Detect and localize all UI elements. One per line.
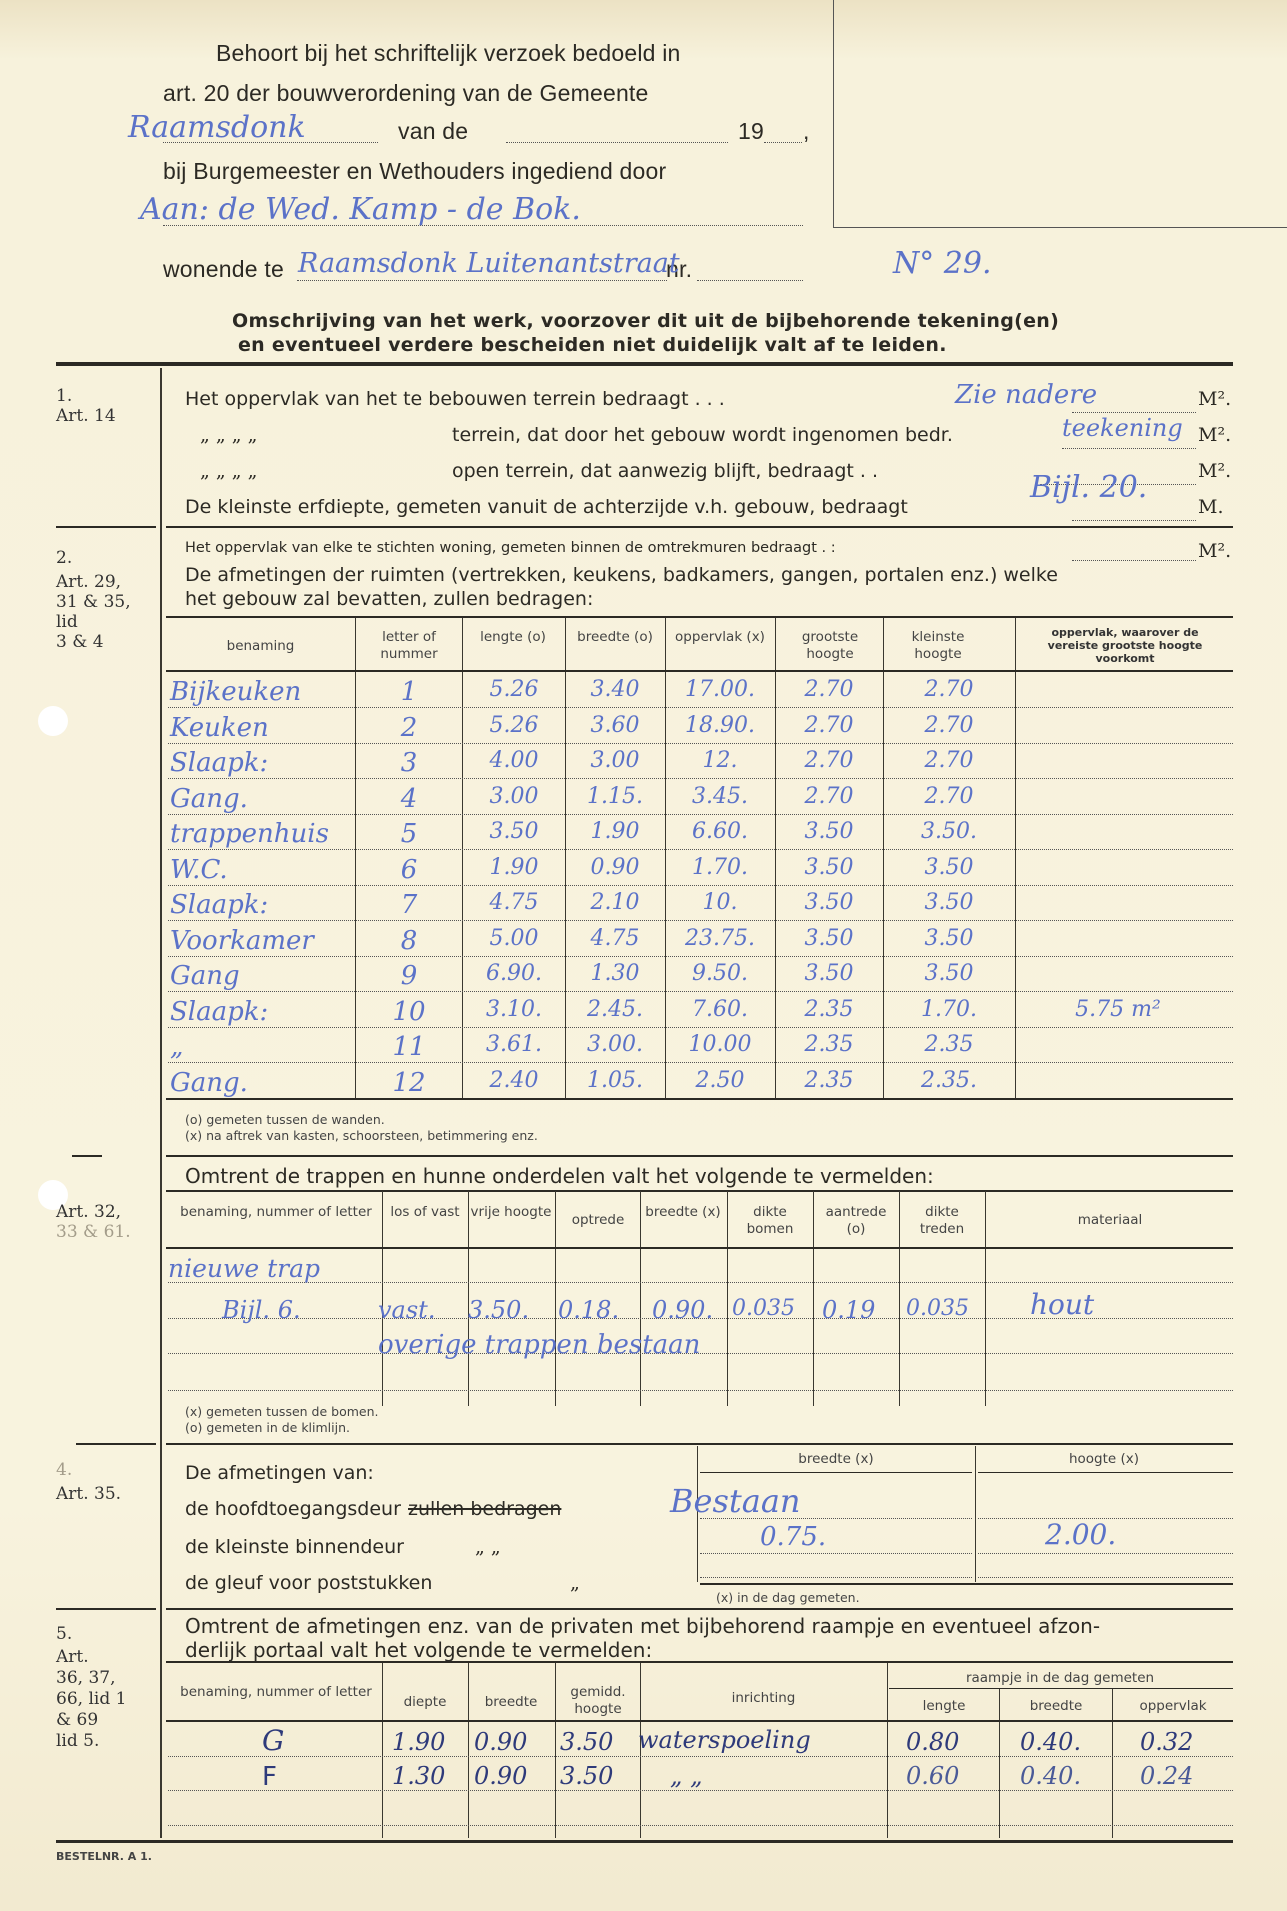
room-grootste: 3.50 xyxy=(778,926,880,951)
room-breedte: 2.10 xyxy=(568,890,662,915)
divider xyxy=(56,1608,156,1610)
header-line-4: bij Burgemeester en Wethouders ingediend… xyxy=(163,158,666,185)
room-breedte: 3.00 xyxy=(568,748,662,773)
privy-diepte: 1.30 xyxy=(392,1762,445,1790)
section4-label: 4. Art. 35. xyxy=(56,1460,121,1504)
privy-r-lengte: 0.80 xyxy=(906,1728,959,1756)
col-breedte: breedte (x) xyxy=(697,1451,975,1468)
s1-row2-value: teekening xyxy=(1062,414,1183,442)
room-lengte: 4.00 xyxy=(466,748,562,773)
col-dikte-treden: dikte treden xyxy=(901,1204,983,1238)
s1-row4-field[interactable] xyxy=(1072,520,1196,521)
col-grootste-hoogte: grootste hoogte xyxy=(792,629,868,663)
stair-benaming: nieuwe trap xyxy=(168,1254,320,1283)
room-grootste: 2.35 xyxy=(778,997,880,1022)
privy-breedte: 0.90 xyxy=(474,1762,527,1790)
footnote-x: (x) gemeten tussen de bomen. xyxy=(185,1404,378,1419)
col-lengte: lengte (o) xyxy=(470,629,556,646)
house-number-value: N° 29. xyxy=(893,246,992,281)
room-name: „ xyxy=(170,1032,350,1062)
description-heading-1: Omschrijving van het werk, voorzover dit… xyxy=(232,310,1059,332)
door-inner-hoogte-value: 2.00. xyxy=(1045,1518,1116,1551)
room-lengte: 5.00 xyxy=(466,926,562,951)
room-name: Slaapk: xyxy=(170,748,350,778)
room-oppervlak: 3.45. xyxy=(668,784,772,809)
footnote-o: (o) gemeten tussen de wanden. xyxy=(185,1112,385,1127)
privy-row-3[interactable] xyxy=(168,1825,1233,1826)
table-row[interactable] xyxy=(168,707,1233,708)
stair-optrede: 0.18. xyxy=(558,1296,619,1324)
header-rule xyxy=(166,670,1233,672)
room-nr: 8 xyxy=(362,926,456,956)
ditto-marks: „ „ xyxy=(475,1536,501,1558)
footnote-x: (x) in de dag gemeten. xyxy=(716,1590,860,1605)
divider xyxy=(166,1608,1233,1610)
rule xyxy=(166,1720,1233,1722)
room-grootste: 3.50 xyxy=(778,961,880,986)
rule xyxy=(166,1247,1233,1249)
s1-row3-text: open terrein, dat aanwezig blijft, bedra… xyxy=(452,460,878,482)
s5-heading-2: derlijk portaal valt het volgende te ver… xyxy=(185,1638,652,1662)
section5-label: 5. Art. 36, 37, 66, lid 1 & 69 lid 5. xyxy=(56,1624,126,1752)
room-grootste: 3.50 xyxy=(778,819,880,844)
table-row[interactable] xyxy=(168,814,1233,815)
room-grootste: 2.70 xyxy=(778,677,880,702)
room-breedte: 2.45. xyxy=(568,997,662,1022)
room-oppervlak: 2.50 xyxy=(668,1068,772,1093)
col-benaming: benaming, nummer of letter xyxy=(176,1204,376,1221)
unit-m2: M². xyxy=(1198,460,1231,482)
table-row[interactable] xyxy=(168,778,1233,779)
s1-row2-field[interactable] xyxy=(1062,448,1196,449)
table-row[interactable] xyxy=(168,956,1233,957)
privy-diepte: 1.90 xyxy=(392,1728,445,1756)
table-bottom-rule xyxy=(166,1098,1233,1100)
rule xyxy=(166,1661,1233,1663)
year-field[interactable] xyxy=(764,142,802,143)
table-row[interactable] xyxy=(168,1062,1233,1063)
room-kleinste: 2.70 xyxy=(886,748,1012,773)
room-breedte: 1.15. xyxy=(568,784,662,809)
table-row[interactable] xyxy=(168,920,1233,921)
col-r-oppervlak: oppervlak xyxy=(1113,1698,1233,1715)
door-inner-breedte-value: 0.75. xyxy=(760,1522,826,1552)
privy-row-1[interactable] xyxy=(168,1756,1233,1757)
room-oppervlak: 1.70. xyxy=(668,855,772,880)
room-name: Keuken xyxy=(170,713,350,743)
stairs-row-1[interactable] xyxy=(168,1282,1233,1283)
stair-los: vast. xyxy=(378,1296,435,1324)
room-name: W.C. xyxy=(170,855,350,885)
ditto-marks: „ „ „ „ xyxy=(200,424,258,446)
stair-aantrede: 0.19 xyxy=(822,1296,875,1324)
rule xyxy=(700,1583,1233,1585)
col-r-breedte: breedte xyxy=(1000,1698,1112,1715)
room-oppervlak: 7.60. xyxy=(668,997,772,1022)
s2-intro-line3: het gebouw zal bevatten, zullen bedragen… xyxy=(185,588,593,610)
col-hoogte: hoogte (x) xyxy=(975,1451,1233,1468)
room-lengte: 4.75 xyxy=(466,890,562,915)
col-dikte-bomen: dikte bomen xyxy=(729,1204,811,1238)
room-lengte: 3.10. xyxy=(466,997,562,1022)
col-oppervlak: oppervlak (x) xyxy=(672,629,768,646)
footnote-o: (o) gemeten in de klimlijn. xyxy=(185,1420,350,1435)
room-name: Bijkeuken xyxy=(170,677,350,707)
divider xyxy=(56,362,1233,366)
s2-intro-small: Het oppervlak van elke te stichten wonin… xyxy=(185,540,836,556)
room-lengte: 6.90. xyxy=(466,961,562,986)
punch-hole xyxy=(38,706,68,736)
room-nr: 5 xyxy=(362,819,456,849)
col-materiaal: materiaal xyxy=(987,1212,1233,1229)
nr-field[interactable] xyxy=(697,280,803,281)
rule xyxy=(889,1688,1233,1689)
bottom-rule xyxy=(56,1840,1233,1843)
s2-intro-field[interactable] xyxy=(1072,560,1196,561)
table-top-rule xyxy=(166,616,1233,618)
room-name: trappenhuis xyxy=(170,819,350,849)
room-nr: 4 xyxy=(362,784,456,814)
rule xyxy=(978,1472,1233,1473)
s1-row4-text: De kleinste erfdiepte, gemeten vanuit de… xyxy=(185,496,908,518)
header-line-2: art. 20 der bouwverordening van de Gemee… xyxy=(163,80,649,107)
mail-slot-breedte[interactable] xyxy=(700,1577,972,1578)
privy-inrichting: „ „ xyxy=(670,1762,703,1790)
room-name: Gang. xyxy=(170,784,350,814)
room-breedte: 3.60 xyxy=(568,713,662,738)
applicant-value: Aan: de Wed. Kamp - de Bok. xyxy=(140,192,581,227)
privy-hoogte: 3.50 xyxy=(560,1728,613,1756)
address-label: wonende te xyxy=(163,256,284,283)
room-kleinste: 2.35. xyxy=(886,1068,1012,1093)
s1-row1-field[interactable] xyxy=(1072,412,1196,413)
room-oppervlak: 9.50. xyxy=(668,961,772,986)
privy-r-breedte: 0.40. xyxy=(1020,1728,1081,1756)
room-oppervlak: 12. xyxy=(668,748,772,773)
door-inner-hoogte[interactable] xyxy=(978,1553,1233,1554)
address-field[interactable] xyxy=(297,280,667,281)
room-grootste: 2.70 xyxy=(778,713,880,738)
section1-label: 1.Art. 14 xyxy=(56,386,116,426)
s1-row1-value: Zie nadere xyxy=(955,380,1097,410)
room-kleinste: 3.50 xyxy=(886,855,1012,880)
ditto-marks: „ xyxy=(570,1572,580,1594)
divider xyxy=(76,1443,156,1445)
mail-slot-label: de gleuf voor poststukken xyxy=(185,1572,432,1594)
privy-hoogte: 3.50 xyxy=(560,1762,613,1790)
room-breedte: 4.75 xyxy=(568,926,662,951)
room-nr: 6 xyxy=(362,855,456,885)
room-grootste: 2.70 xyxy=(778,784,880,809)
gemeente-value: Raamsdonk xyxy=(128,110,306,145)
col-inrichting: inrichting xyxy=(642,1690,885,1707)
stamp-box xyxy=(833,0,1287,228)
unit-m2: M². xyxy=(1198,540,1231,562)
col-breedte: breedte (o) xyxy=(572,629,658,646)
privy-benaming: G xyxy=(262,1724,284,1757)
room-grootste: 2.70 xyxy=(778,748,880,773)
room-nr: 12 xyxy=(362,1068,456,1098)
room-nr: 9 xyxy=(362,961,456,991)
unit-m2: M². xyxy=(1198,424,1231,446)
stair-bomen: 0.035 xyxy=(732,1296,795,1321)
rule xyxy=(166,1190,1233,1192)
stair-note: overige trappen bestaan xyxy=(378,1330,700,1360)
room-grootste: 2.35 xyxy=(778,1032,880,1057)
divider xyxy=(166,526,1233,528)
room-breedte: 1.05. xyxy=(568,1068,662,1093)
col-kleinste-hoogte: kleinste hoogte xyxy=(900,629,976,663)
comma: , xyxy=(803,118,810,145)
room-kleinste: 3.50 xyxy=(886,890,1012,915)
stairs-row-4[interactable] xyxy=(168,1390,1233,1391)
room-name: Gang xyxy=(170,961,350,991)
room-kleinste: 2.70 xyxy=(886,677,1012,702)
room-extra: 5.75 m² xyxy=(1018,997,1218,1022)
room-lengte: 3.61. xyxy=(466,1032,562,1057)
room-kleinste: 2.70 xyxy=(886,713,1012,738)
table-row[interactable] xyxy=(168,849,1233,850)
col-benaming: benaming, nummer of letter xyxy=(176,1684,376,1701)
room-kleinste: 3.50 xyxy=(886,961,1012,986)
s2-intro-line2: De afmetingen der ruimten (vertrekken, k… xyxy=(185,564,1058,586)
room-lengte: 5.26 xyxy=(466,713,562,738)
room-kleinste: 2.70 xyxy=(886,784,1012,809)
col-nummer: letter of nummer xyxy=(362,629,456,663)
rule xyxy=(700,1472,972,1473)
room-kleinste: 3.50. xyxy=(886,819,1012,844)
col-gemidd-hoogte: gemidd. hoogte xyxy=(562,1684,634,1718)
divider xyxy=(166,1155,1233,1157)
room-grootste: 3.50 xyxy=(778,890,880,915)
room-kleinste: 3.50 xyxy=(886,926,1012,951)
room-oppervlak: 23.75. xyxy=(668,926,772,951)
s1-row3-value: Bijl. 20. xyxy=(1030,470,1147,505)
section3-label: Art. 32, 33 & 61. xyxy=(56,1202,131,1242)
col-vrije-hoogte: vrije hoogte xyxy=(470,1204,552,1221)
stair-vrije: 3.50. xyxy=(468,1296,529,1324)
unit-m: M. xyxy=(1198,496,1224,518)
room-name: Gang. xyxy=(170,1068,350,1098)
room-lengte: 3.50 xyxy=(466,819,562,844)
room-breedte: 3.40 xyxy=(568,677,662,702)
header-van-de: van de xyxy=(398,118,468,145)
header-year: 19 xyxy=(738,118,764,145)
room-name: Voorkamer xyxy=(170,926,350,956)
s1-row2-text: terrein, dat door het gebouw wordt ingen… xyxy=(452,424,953,446)
room-lengte: 2.40 xyxy=(466,1068,562,1093)
room-kleinste: 2.35 xyxy=(886,1032,1012,1057)
col-breedte: breedte xyxy=(470,1694,552,1711)
room-grootste: 3.50 xyxy=(778,855,880,880)
room-grootste: 2.35 xyxy=(778,1068,880,1093)
col-optrede: optrede xyxy=(557,1212,639,1229)
stair-materiaal: hout xyxy=(1030,1288,1094,1321)
privy-r-breedte: 0.40. xyxy=(1020,1762,1081,1790)
stair-breedte: 0.90. xyxy=(652,1296,713,1324)
privy-r-oppervlak: 0.32 xyxy=(1140,1728,1193,1756)
s3-heading: Omtrent de trappen en hunne onderdelen v… xyxy=(185,1164,934,1188)
privy-r-lengte: 0.60 xyxy=(906,1762,959,1790)
address-value: Raamsdonk Luitenantstraat xyxy=(298,248,680,279)
room-name: Slaapk: xyxy=(170,890,350,920)
room-lengte: 1.90 xyxy=(466,855,562,880)
date-field[interactable] xyxy=(506,142,728,143)
room-nr: 3 xyxy=(362,748,456,778)
privy-r-oppervlak: 0.24 xyxy=(1140,1762,1193,1790)
privy-row-2[interactable] xyxy=(168,1790,1233,1791)
stair-benaming: Bijl. 6. xyxy=(222,1296,301,1324)
mail-slot-hoogte[interactable] xyxy=(978,1577,1233,1578)
s5-heading-1: Omtrent de afmetingen enz. van de privat… xyxy=(185,1614,1100,1638)
stair-treden: 0.035 xyxy=(906,1296,969,1321)
room-oppervlak: 18.90. xyxy=(668,713,772,738)
struck-text: zullen bedragen xyxy=(408,1498,561,1520)
room-name: Slaapk: xyxy=(170,997,350,1027)
s4-intro: De afmetingen van: xyxy=(185,1462,374,1484)
s1-row1-text: Het oppervlak van het te bebouwen terrei… xyxy=(185,388,725,410)
col-r-lengte: lengte xyxy=(889,1698,999,1715)
form-page: Behoort bij het schriftelijk verzoek bed… xyxy=(0,0,1287,1911)
room-oppervlak: 17.00. xyxy=(668,677,772,702)
stairs-row-3[interactable] xyxy=(168,1353,1233,1354)
room-breedte: 3.00. xyxy=(568,1032,662,1057)
door-inner-label: de kleinste binnendeur xyxy=(185,1536,404,1558)
table-row[interactable] xyxy=(168,743,1233,744)
table-row[interactable] xyxy=(168,1027,1233,1028)
privy-benaming: F xyxy=(262,1762,277,1792)
room-kleinste: 1.70. xyxy=(886,997,1012,1022)
col-diepte: diepte xyxy=(384,1694,466,1711)
description-heading-2: en eventueel verdere bescheiden niet dui… xyxy=(238,334,947,356)
door-main-breedte-value: Bestaan xyxy=(670,1482,801,1520)
section2-label: 2. Art. 29, 31 & 35, lid 3 & 4 xyxy=(56,548,131,652)
room-breedte: 1.30 xyxy=(568,961,662,986)
privy-breedte: 0.90 xyxy=(474,1728,527,1756)
room-lengte: 5.26 xyxy=(466,677,562,702)
room-nr: 7 xyxy=(362,890,456,920)
room-nr: 2 xyxy=(362,713,456,743)
col-los-vast: los of vast xyxy=(384,1204,466,1221)
table-row[interactable] xyxy=(168,991,1233,992)
room-nr: 10 xyxy=(362,997,456,1027)
ditto-marks: „ „ „ „ xyxy=(200,460,258,482)
margin-rule xyxy=(160,368,162,1838)
col-raampje: raampje in de dag gemeten xyxy=(887,1670,1233,1687)
col-breedte: breedte (x) xyxy=(642,1204,724,1221)
col-benaming: benaming xyxy=(166,638,355,655)
privy-inrichting: waterspoeling xyxy=(638,1726,811,1754)
divider xyxy=(56,526,156,528)
room-oppervlak: 10.00 xyxy=(668,1032,772,1057)
divider xyxy=(72,1155,102,1157)
door-main-label: de hoofdtoegangsdeur xyxy=(185,1498,401,1520)
room-oppervlak: 10. xyxy=(668,890,772,915)
room-nr: 1 xyxy=(362,677,456,707)
divider xyxy=(166,1443,1233,1445)
col-oppervlak-hoogte: oppervlak, waarover de vereiste grootste… xyxy=(1030,626,1220,665)
table-row[interactable] xyxy=(168,885,1233,886)
order-number: BESTELNR. A 1. xyxy=(56,1850,152,1863)
unit-m2: M². xyxy=(1198,388,1231,410)
room-breedte: 1.90 xyxy=(568,819,662,844)
room-nr: 11 xyxy=(362,1032,456,1062)
room-oppervlak: 6.60. xyxy=(668,819,772,844)
door-inner-breedte[interactable] xyxy=(700,1553,972,1554)
room-breedte: 0.90 xyxy=(568,855,662,880)
header-line-1: Behoort bij het schriftelijk verzoek bed… xyxy=(216,40,681,67)
footnote-x: (x) na aftrek van kasten, schoorsteen, b… xyxy=(185,1128,538,1143)
col-aantrede: aantrede (o) xyxy=(815,1204,897,1238)
room-lengte: 3.00 xyxy=(466,784,562,809)
